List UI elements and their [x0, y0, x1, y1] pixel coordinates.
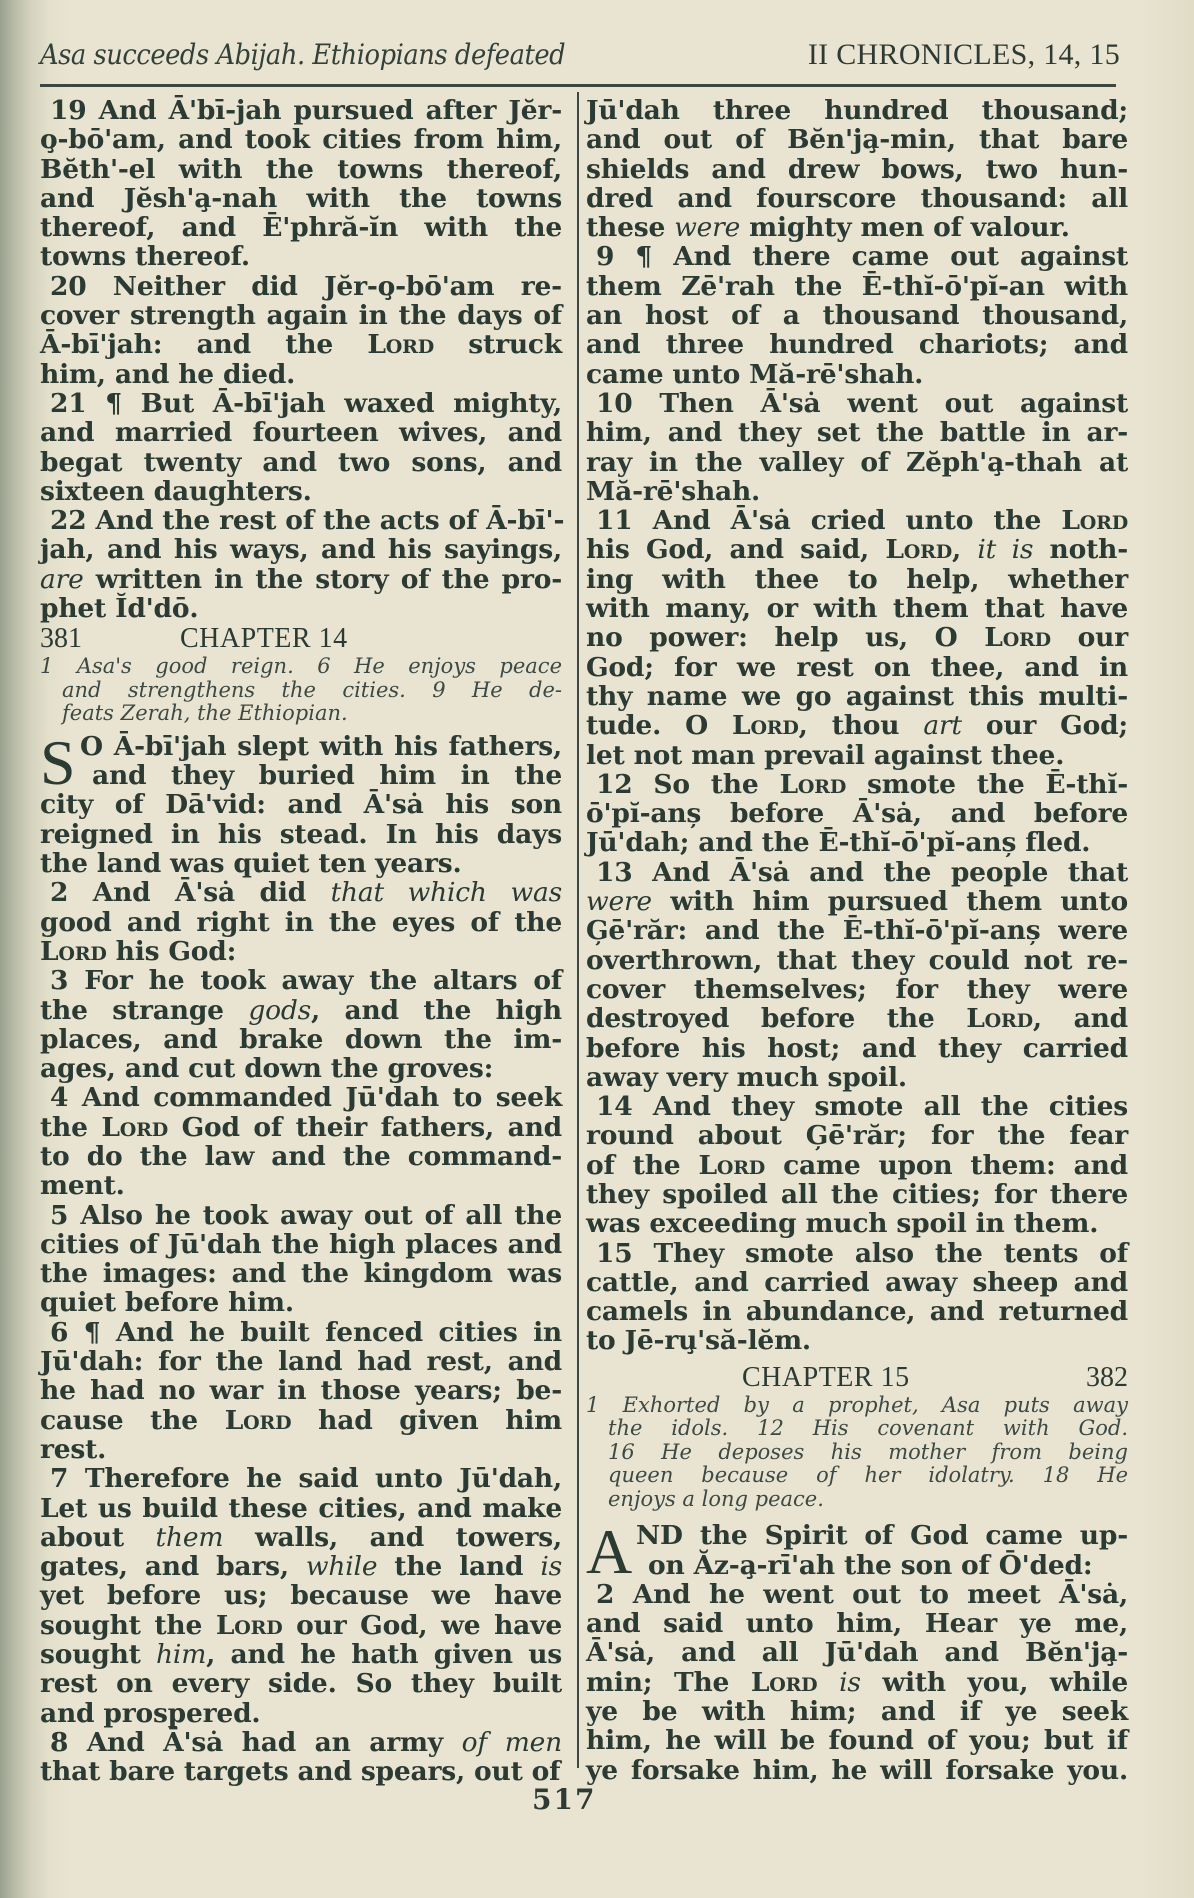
text-line: dred and fourscore thousand: all	[586, 184, 1128, 213]
chapter-title: CHAPTER 14	[180, 623, 348, 655]
text-line: 9 ¶ And there came out against	[586, 242, 1128, 271]
text-line: these were mighty men of valour.	[586, 213, 1128, 242]
chapter-14-summary: 1 Asa's good reign. 6 He enjoys peaceand…	[40, 655, 562, 726]
summary-line: enjoys a long peace.	[586, 1488, 1128, 1512]
text-line: cover themselves; for they were	[586, 975, 1128, 1004]
text-line: gates, and bars, while the land is	[40, 1552, 562, 1581]
text-line: 2 And he went out to meet Ā'sȧ,	[586, 1580, 1128, 1609]
summary-line: queen because of her idolatry. 18 He	[586, 1464, 1128, 1488]
text-line: 8 And Ā'sȧ had an army of men	[40, 1728, 562, 1757]
left-column: 19 And Ā'bī-jah pursued after Jĕr-o̧-bō'…	[40, 96, 562, 1787]
text-line: jah, and his ways, and his sayings,	[40, 535, 562, 564]
text-line: ye forsake him, he will forsake you.	[586, 1756, 1128, 1785]
drop-cap: S	[40, 734, 76, 792]
text-line: 12 So the Lord smote the Ē-thĭ-	[586, 770, 1128, 799]
text-line: the strange gods, and the high	[40, 996, 562, 1025]
text-line: Mă-rē'shah.	[586, 477, 1128, 506]
text-line: him, and they set the battle in ar-	[586, 418, 1128, 447]
text-line: him, he will be found of you; but if	[586, 1726, 1128, 1755]
text-line: an host of a thousand thousand,	[586, 301, 1128, 330]
text-line: reigned in his stead. In his days	[40, 820, 562, 849]
text-line: that bare targets and spears, out of	[40, 1757, 562, 1786]
chapter-ref-number: 382	[1086, 1362, 1128, 1394]
text-line: 21 ¶ But Ā-bī'jah waxed mighty,	[40, 389, 562, 418]
text-line: God; for we rest on thee, and in	[586, 653, 1128, 682]
text-line: and three hundred chariots; and	[586, 330, 1128, 359]
text-line: 4 And commanded Jū'dah to seek	[40, 1083, 562, 1112]
chapter-13-verses-19-22: 19 And Ā'bī-jah pursued after Jĕr-o̧-bō'…	[40, 96, 562, 623]
text-line: Ā-bī'jah: and the Lord struck	[40, 330, 562, 359]
text-line: cause the Lord had given him	[40, 1406, 562, 1435]
text-line: was exceeding much spoil in them.	[586, 1209, 1128, 1238]
text-line: Ģē'răr: and the Ē-thĭ-ō'pĭ-anș were	[586, 916, 1128, 945]
text-line: o̧-bō'am, and took cities from him,	[40, 125, 562, 154]
right-column: Jū'dah three hundred thousand;and out of…	[586, 96, 1128, 1785]
text-line: 22 And the rest of the acts of Ā-bī'-	[40, 506, 562, 535]
drop-cap: A	[586, 1523, 632, 1581]
text-line: him, and he died.	[40, 360, 562, 389]
summary-line: 1 Exhorted by a prophet, Asa puts away	[586, 1394, 1128, 1418]
text-line: 20 Neither did Jĕr-o̧-bō'am re-	[40, 272, 562, 301]
text-line: of the Lord came upon them: and	[586, 1151, 1128, 1180]
chapter-ref-number: 381	[40, 623, 82, 655]
text-line: min; The Lord is with you, while	[586, 1668, 1128, 1697]
text-line: away very much spoil.	[586, 1063, 1128, 1092]
column-divider	[577, 92, 579, 1768]
text-line: phet Ĭd'dō.	[40, 594, 562, 623]
text-line: he had no war in those years; be-	[40, 1376, 562, 1405]
text-line: 3 For he took away the altars of	[40, 966, 562, 995]
running-header: Asa succeeds Abijah. Ethiopians defeated…	[40, 38, 1120, 78]
text-line: ray in the valley of Zĕph'a̧-thah at	[586, 448, 1128, 477]
text-line: on Ăz-a̧-rī'ah the son of Ō'ded:	[586, 1551, 1128, 1580]
text-line: cattle, and carried away sheep and	[586, 1268, 1128, 1297]
text-line: the Lord God of their fathers, and	[40, 1113, 562, 1142]
summary-line: 16 He deposes his mother from being	[586, 1441, 1128, 1465]
text-line: ye be with him; and if ye seek	[586, 1697, 1128, 1726]
text-line: about them walls, and towers,	[40, 1523, 562, 1552]
text-line: the images: and the kingdom was	[40, 1259, 562, 1288]
chapter-14-verses-8-15: Jū'dah three hundred thousand;and out of…	[586, 96, 1128, 1356]
text-line: ō'pĭ-anș before Ā'sȧ, and before	[586, 799, 1128, 828]
chapter-15-heading: CHAPTER 15 382	[586, 1362, 1128, 1394]
summary-line: feats Zerah, the Ethiopian.	[40, 702, 562, 726]
text-line: cities of Jū'dah the high places and	[40, 1230, 562, 1259]
text-line: cover strength again in the days of	[40, 301, 562, 330]
text-line: and married fourteen wives, and	[40, 418, 562, 447]
text-line: no power: help us, O Lord our	[586, 623, 1128, 652]
text-line: Jū'dah; and the Ē-thĭ-ō'pĭ-anș fled.	[586, 828, 1128, 857]
text-line: 2 And Ā'sȧ did that which was	[40, 878, 562, 907]
text-line: good and right in the eyes of the	[40, 908, 562, 937]
text-line: ND the Spirit of God came up-	[586, 1521, 1128, 1550]
text-line: rest.	[40, 1435, 562, 1464]
summary-line: 1 Asa's good reign. 6 He enjoys peace	[40, 655, 562, 679]
page-number: 517	[532, 1783, 596, 1816]
text-line: sought him, and he hath given us	[40, 1640, 562, 1669]
chapter-15-summary: 1 Exhorted by a prophet, Asa puts awayth…	[586, 1394, 1128, 1512]
text-line: 7 Therefore he said unto Jū'dah,	[40, 1464, 562, 1493]
chapter-title: CHAPTER 15	[742, 1362, 910, 1394]
text-line: O Ā-bī'jah slept with his fathers,	[40, 732, 562, 761]
text-line: sought the Lord our God, we have	[40, 1611, 562, 1640]
text-line: came unto Mă-rē'shah.	[586, 360, 1128, 389]
text-line: begat twenty and two sons, and	[40, 448, 562, 477]
text-line: and they buried him in the	[40, 761, 562, 790]
text-line: were with him pursued them unto	[586, 887, 1128, 916]
text-line: thereof, and Ē'phră-ĭn with the	[40, 213, 562, 242]
text-line: and said unto him, Hear ye me,	[586, 1609, 1128, 1638]
header-section-summary: Asa succeeds Abijah. Ethiopians defeated	[40, 38, 565, 71]
text-line: 10 Then Ā'sȧ went out against	[586, 389, 1128, 418]
text-line: Jū'dah three hundred thousand;	[586, 96, 1128, 125]
header-rule	[40, 84, 1116, 87]
text-line: 15 They smote also the tents of	[586, 1239, 1128, 1268]
text-line: thy name we go against this multi-	[586, 682, 1128, 711]
text-line: and out of Bĕn'ja̧-min, that bare	[586, 125, 1128, 154]
text-line: 14 And they smote all the cities	[586, 1092, 1128, 1121]
text-line: Lord his God:	[40, 937, 562, 966]
text-line: to do the law and the command-	[40, 1142, 562, 1171]
chapter-14-verses-1-8: SO Ā-bī'jah slept with his fathers,and t…	[40, 732, 562, 1787]
text-line: and Jĕsh'a̧-nah with the towns	[40, 184, 562, 213]
text-line: 5 Also he took away out of all the	[40, 1201, 562, 1230]
text-line: 19 And Ā'bī-jah pursued after Jĕr-	[40, 96, 562, 125]
summary-line: and strengthens the cities. 9 He de-	[40, 679, 562, 703]
text-line: before his host; and they carried	[586, 1034, 1128, 1063]
text-line: tude. O Lord, thou art our God;	[586, 711, 1128, 740]
text-line: 6 ¶ And he built fenced cities in	[40, 1318, 562, 1347]
text-line: destroyed before the Lord, and	[586, 1004, 1128, 1033]
text-line: the land was quiet ten years.	[40, 849, 562, 878]
text-line: places, and brake down the im-	[40, 1025, 562, 1054]
text-line: ing with thee to help, whether	[586, 565, 1128, 594]
text-line: let not man prevail against thee.	[586, 741, 1128, 770]
text-line: overthrown, that they could not re-	[586, 946, 1128, 975]
chapter-14-heading: 381 CHAPTER 14	[40, 623, 562, 655]
text-line: Jū'dah: for the land had rest, and	[40, 1347, 562, 1376]
text-line: ages, and cut down the groves:	[40, 1054, 562, 1083]
text-line: Let us build these cities, and make	[40, 1494, 562, 1523]
text-line: Ā'sȧ, and all Jū'dah and Bĕn'ja̧-	[586, 1638, 1128, 1667]
text-line: towns thereof.	[40, 242, 562, 271]
text-line: sixteen daughters.	[40, 477, 562, 506]
text-line: Bĕth'-el with the towns thereof,	[40, 155, 562, 184]
text-line: his God, and said, Lord, it is noth-	[586, 535, 1128, 564]
text-line: 13 And Ā'sȧ and the people that	[586, 858, 1128, 887]
header-book-chapter: II CHRONICLES, 14, 15	[808, 38, 1120, 72]
text-line: city of Dā'vid: and Ā'sȧ his son	[40, 790, 562, 819]
text-line: are written in the story of the pro-	[40, 565, 562, 594]
text-line: rest on every side. So they built	[40, 1669, 562, 1698]
text-line: ment.	[40, 1171, 562, 1200]
summary-line: the idols. 12 His covenant with God.	[586, 1417, 1128, 1441]
text-line: with many, or with them that have	[586, 594, 1128, 623]
text-line: to Jē-ru̧'să-lĕm.	[586, 1326, 1128, 1355]
text-line: shields and drew bows, two hun-	[586, 155, 1128, 184]
text-line: yet before us; because we have	[40, 1581, 562, 1610]
text-line: quiet before him.	[40, 1288, 562, 1317]
text-line: 11 And Ā'sȧ cried unto the Lord	[586, 506, 1128, 535]
text-line: them Zē'rah the Ē-thĭ-ō'pĭ-an with	[586, 272, 1128, 301]
text-line: and prospered.	[40, 1699, 562, 1728]
text-line: they spoiled all the cities; for there	[586, 1180, 1128, 1209]
text-line: camels in abundance, and returned	[586, 1297, 1128, 1326]
chapter-15-verses-1-2: AND the Spirit of God came up-on Ăz-a̧-r…	[586, 1521, 1128, 1785]
text-line: round about Ģē'răr; for the fear	[586, 1121, 1128, 1150]
